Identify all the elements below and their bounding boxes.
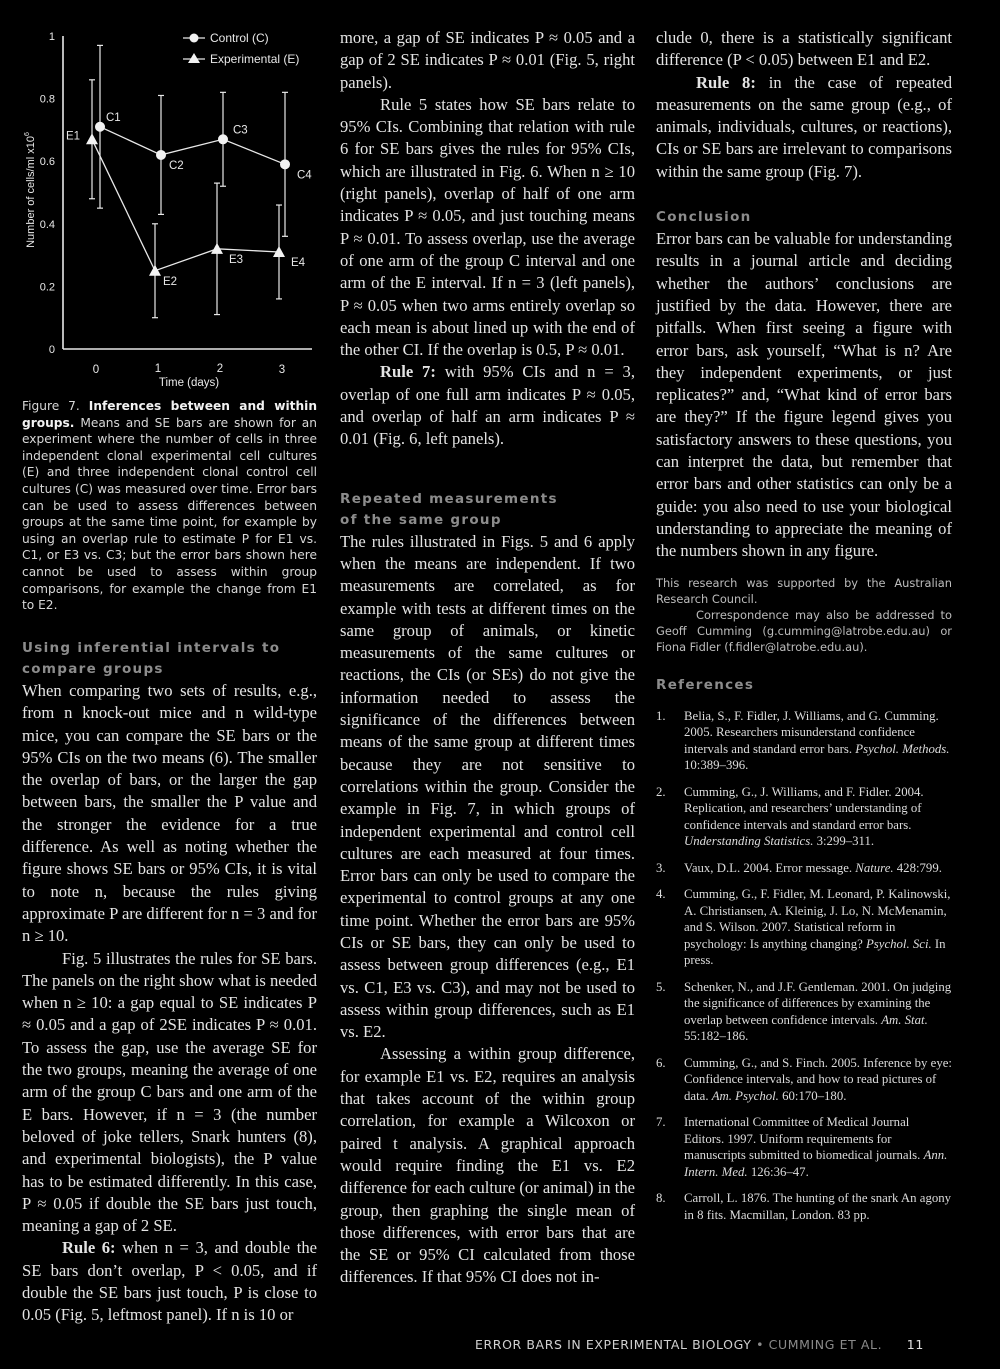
paragraph-rule-6: Rule 6: when n = 3, and double the SE ba… — [22, 1237, 317, 1326]
reference-item: 7.International Committee of Medical Jou… — [656, 1114, 952, 1180]
x-axis-label: Time (days) — [159, 377, 219, 389]
paragraph: Error bars can be valuable for understan… — [656, 228, 952, 562]
running-title: ERROR BARS IN EXPERIMENTAL BIOLOGY — [475, 1337, 752, 1352]
paragraph: clude 0, there is a statistically signif… — [656, 27, 952, 72]
data-point-triangle — [211, 243, 223, 254]
paragraph: The rules illustrated in Figs. 5 and 6 a… — [340, 531, 635, 1044]
y-tick-label: 0 — [49, 344, 55, 356]
point-label: E3 — [229, 254, 243, 266]
reference-item: 8.Carroll, L. 1876. The hunting of the s… — [656, 1190, 952, 1223]
paragraph: Assessing a within group difference, for… — [340, 1043, 635, 1288]
reference-item: 6.Cumming, G., and S. Finch. 2005. Infer… — [656, 1055, 952, 1105]
x-tick-label: 2 — [217, 363, 223, 375]
y-tick-label: 0.4 — [40, 219, 55, 231]
legend-circle-icon — [190, 34, 199, 43]
reference-list: 1.Belia, S., F. Fidler, J. Williams, and… — [656, 708, 952, 1224]
point-label: C2 — [169, 160, 184, 172]
reference-item: 2.Cumming, G., J. Williams, and F. Fidle… — [656, 784, 952, 850]
data-point-triangle — [86, 133, 98, 144]
reference-item: 5.Schenker, N., and J.F. Gentleman. 2001… — [656, 979, 952, 1045]
acknowledgement: This research was supported by the Austr… — [656, 575, 952, 607]
data-point-triangle — [149, 265, 161, 276]
paragraph: more, a gap of SE indicates P ≈ 0.05 and… — [340, 27, 635, 94]
footer-separator: • — [756, 1337, 764, 1352]
point-label: C3 — [233, 124, 248, 136]
y-tick-label: 1 — [49, 31, 55, 43]
legend-control: Control (C) — [210, 31, 269, 45]
column-3: clude 0, there is a statistically signif… — [656, 27, 952, 1233]
point-label: C1 — [106, 112, 121, 124]
section-heading-repeated-measurements: Repeated measurementsof the same group — [340, 489, 635, 531]
paragraph: When comparing two sets of results, e.g.… — [22, 680, 317, 948]
x-tick-label: 1 — [155, 363, 161, 375]
y-tick-label: 0.8 — [40, 94, 55, 106]
series-line — [100, 127, 285, 165]
paragraph-rule-7: Rule 7: with 95% CIs and n = 3, overlap … — [340, 361, 635, 450]
paragraph: Fig. 5 illustrates the rules for SE bars… — [22, 948, 317, 1238]
page-footer: ERROR BARS IN EXPERIMENTAL BIOLOGY • CUM… — [475, 1337, 924, 1352]
paragraph: Rule 5 states how SE bars relate to 95% … — [340, 94, 635, 362]
section-heading-references: References — [656, 675, 952, 696]
reference-item: 4.Cumming, G., F. Fidler, M. Leonard, P.… — [656, 886, 952, 969]
legend-triangle-icon — [188, 53, 200, 63]
paragraph-rule-8: Rule 8: in the case of repeated measurem… — [656, 72, 952, 183]
data-point-circle — [218, 134, 228, 144]
data-point-circle — [280, 159, 290, 169]
point-label: C4 — [297, 169, 312, 181]
running-authors: CUMMING ET AL. — [769, 1337, 883, 1352]
reference-item: 3.Vaux, D.L. 2004. Error message. Nature… — [656, 860, 952, 877]
y-axis-label: Number of cells/ml x106 — [24, 132, 37, 248]
column-2: more, a gap of SE indicates P ≈ 0.05 and… — [340, 27, 635, 1289]
data-point-circle — [156, 150, 166, 160]
legend-experimental: Experimental (E) — [210, 52, 299, 66]
y-tick-label: 0.2 — [40, 281, 55, 293]
x-tick-label: 0 — [93, 364, 99, 376]
section-heading-using-intervals: Using inferential intervals tocompare gr… — [22, 638, 317, 680]
point-label: E4 — [291, 257, 306, 269]
figure-7-chart: 00.20.40.60.810123Time (days)Number of c… — [0, 0, 320, 395]
point-label: E1 — [66, 130, 80, 142]
x-tick-label: 3 — [279, 364, 285, 376]
y-tick-label: 0.6 — [40, 156, 55, 168]
point-label: E2 — [163, 276, 177, 288]
correspondence: Correspondence may also be addressed to … — [656, 607, 952, 655]
series-line — [92, 139, 279, 270]
figure-caption: Figure 7. Inferences between and within … — [22, 398, 317, 614]
data-point-circle — [95, 122, 105, 132]
section-heading-conclusion: Conclusion — [656, 207, 952, 228]
reference-item: 1.Belia, S., F. Fidler, J. Williams, and… — [656, 708, 952, 774]
page-number: 11 — [907, 1337, 924, 1352]
